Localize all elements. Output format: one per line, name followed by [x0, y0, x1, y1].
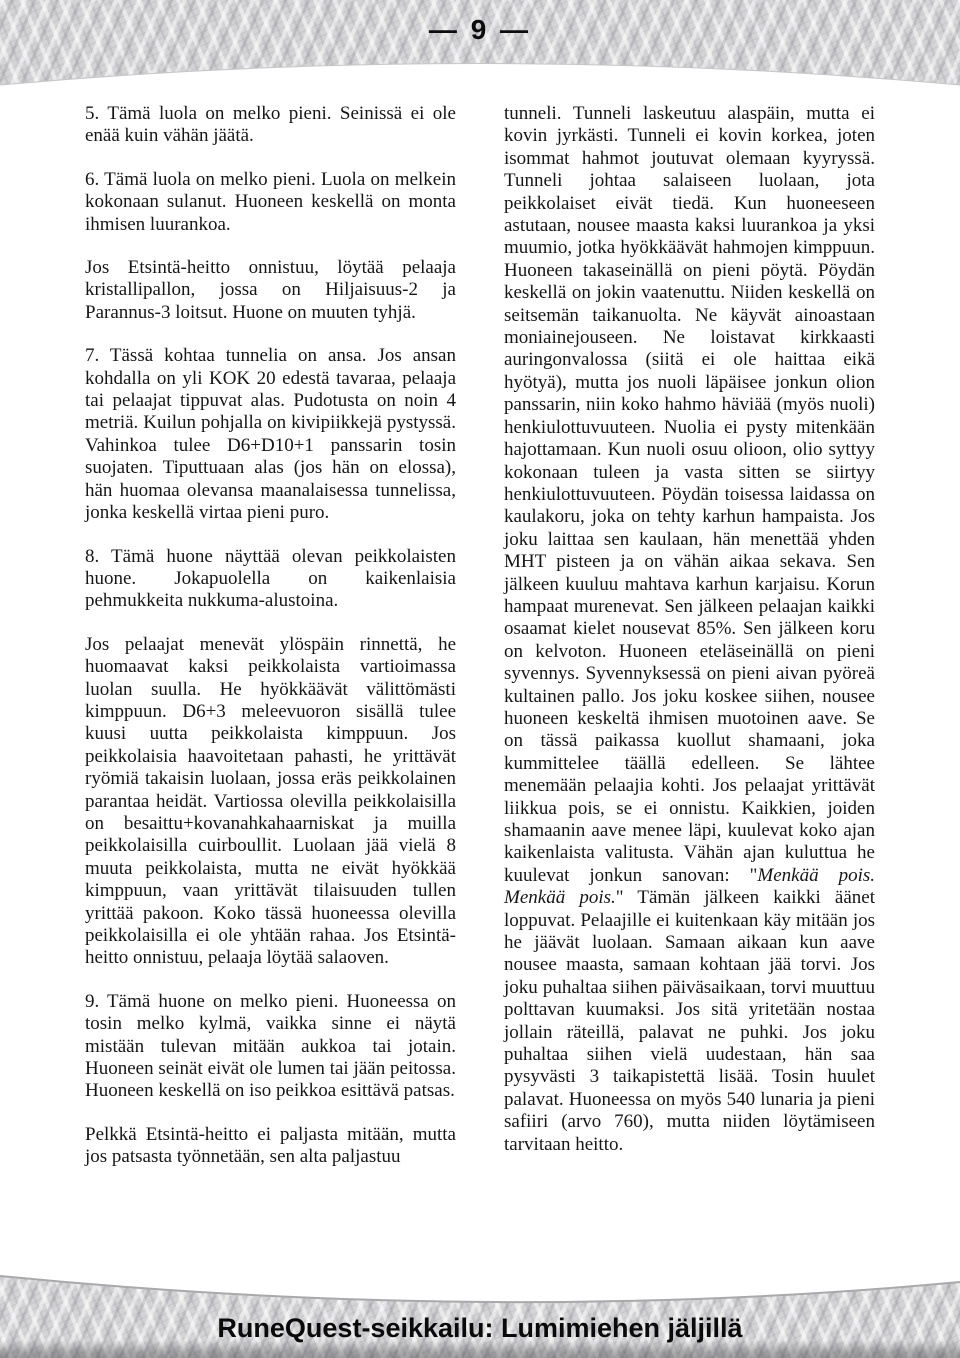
- left-column: 5. Tämä luola on melko pieni. Seinissä e…: [85, 103, 456, 1169]
- page-number: — 9 —: [0, 14, 960, 46]
- text-segment: tunneli. Tunneli laskeutuu alaspäin, mut…: [504, 103, 875, 886]
- paragraph-statue: Pelkkä Etsintä-heitto ei paljasta mitään…: [85, 1124, 456, 1169]
- page-content: 5. Tämä luola on melko pieni. Seinissä e…: [85, 103, 875, 1169]
- document-page: — 9 — 5. Tämä luola on melko pieni. Sein…: [0, 0, 960, 1358]
- paragraph-trap-7: 7. Tässä kohtaa tunnelia on ansa. Jos an…: [85, 345, 456, 524]
- paragraph-cave-6: 6. Tämä luola on melko pieni. Luola on m…: [85, 169, 456, 236]
- footer-title: RuneQuest-seikkailu: Lumimiehen jäljillä: [217, 1313, 742, 1343]
- paragraph-cave-5: 5. Tämä luola on melko pieni. Seinissä e…: [85, 103, 456, 148]
- paragraph-room-9: 9. Tämä huone on melko pieni. Huoneessa …: [85, 991, 456, 1103]
- paragraph-room-8: 8. Tämä huone näyttää olevan peikkolaist…: [85, 546, 456, 613]
- text-segment: " Tämän jälkeen kaikki äänet loppuvat. P…: [504, 887, 875, 1154]
- paragraph-tunnel-continuation: tunneli. Tunneli laskeutuu alaspäin, mut…: [504, 103, 875, 1156]
- page-footer: RuneQuest-seikkailu: Lumimiehen jäljillä: [0, 1313, 960, 1344]
- right-column: tunneli. Tunneli laskeutuu alaspäin, mut…: [504, 103, 875, 1169]
- paragraph-troll-guards: Jos pelaajat menevät ylöspäin rinnettä, …: [85, 634, 456, 970]
- paragraph-search-roll: Jos Etsintä-heitto onnistuu, löytää pela…: [85, 257, 456, 324]
